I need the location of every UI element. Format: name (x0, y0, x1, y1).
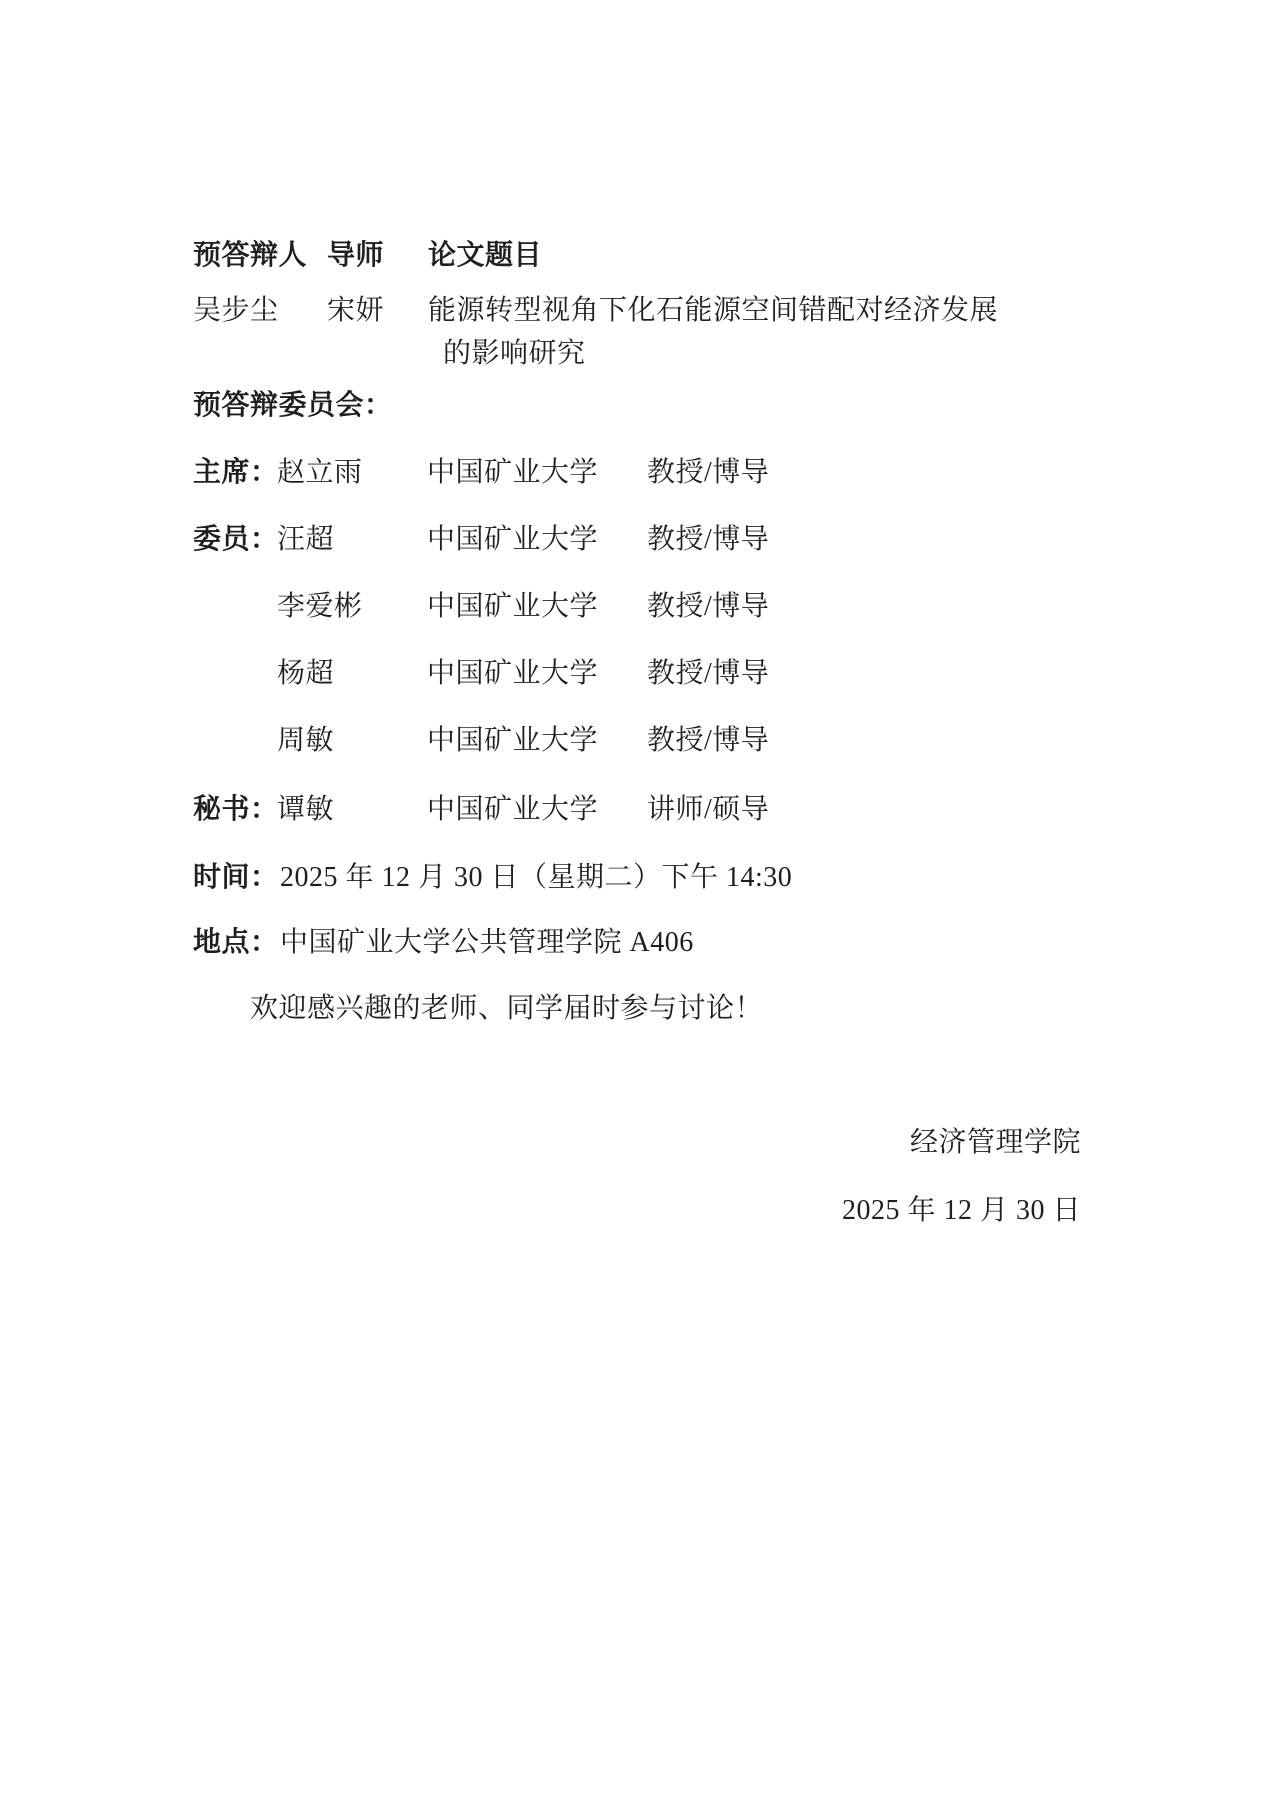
committee-member-title: 教授/博导 (647, 651, 769, 691)
committee-member-title: 教授/博导 (647, 517, 769, 557)
committee-member-name: 周敏 (277, 718, 334, 758)
thesis-title-line2: 的影响研究 (443, 331, 586, 371)
venue-label: 地点： (193, 920, 279, 960)
committee-member-affiliation: 中国矿业大学 (427, 718, 598, 758)
committee-member-name: 谭敏 (277, 787, 334, 827)
committee-member-title: 教授/博导 (647, 718, 769, 758)
committee-member-title: 讲师/硕导 (647, 787, 769, 827)
committee-member-name: 李爱彬 (277, 584, 363, 624)
committee-member-title: 教授/博导 (647, 584, 769, 624)
col-header-thesis: 论文题目 (428, 233, 542, 273)
time-value: 2025 年 12 月 30 日（星期二）下午 14:30 (280, 855, 792, 895)
committee-role: 委员： (193, 517, 279, 557)
venue-value: 中国矿业大学公共管理学院 A406 (280, 920, 694, 960)
committee-heading: 预答辩委员会： (193, 383, 393, 423)
committee-member-name: 汪超 (277, 517, 334, 557)
committee-member-affiliation: 中国矿业大学 (427, 517, 598, 557)
committee-member-affiliation: 中国矿业大学 (427, 651, 598, 691)
advisor-name: 宋妍 (327, 288, 384, 328)
committee-role: 主席： (193, 450, 279, 490)
committee-member-affiliation: 中国矿业大学 (427, 584, 598, 624)
announcement-page: 预答辩人 导师 论文题目 吴步尘 宋妍 能源转型视角下化石能源空间错配对经济发展… (0, 0, 1280, 1810)
committee-member-affiliation: 中国矿业大学 (427, 787, 598, 827)
signature-date: 2025 年 12 月 30 日 (842, 1188, 1081, 1228)
committee-member-title: 教授/博导 (647, 450, 769, 490)
committee-member-affiliation: 中国矿业大学 (427, 450, 598, 490)
col-header-advisor: 导师 (327, 233, 384, 273)
col-header-candidate: 预答辩人 (193, 233, 307, 273)
welcome-text: 欢迎感兴趣的老师、同学届时参与讨论！ (250, 986, 763, 1026)
thesis-title-line1: 能源转型视角下化石能源空间错配对经济发展 (428, 288, 998, 328)
candidate-name: 吴步尘 (193, 288, 279, 328)
committee-role: 秘书： (193, 787, 279, 827)
signature-org: 经济管理学院 (910, 1120, 1081, 1160)
committee-member-name: 杨超 (277, 651, 334, 691)
time-label: 时间： (193, 855, 279, 895)
committee-member-name: 赵立雨 (277, 450, 363, 490)
